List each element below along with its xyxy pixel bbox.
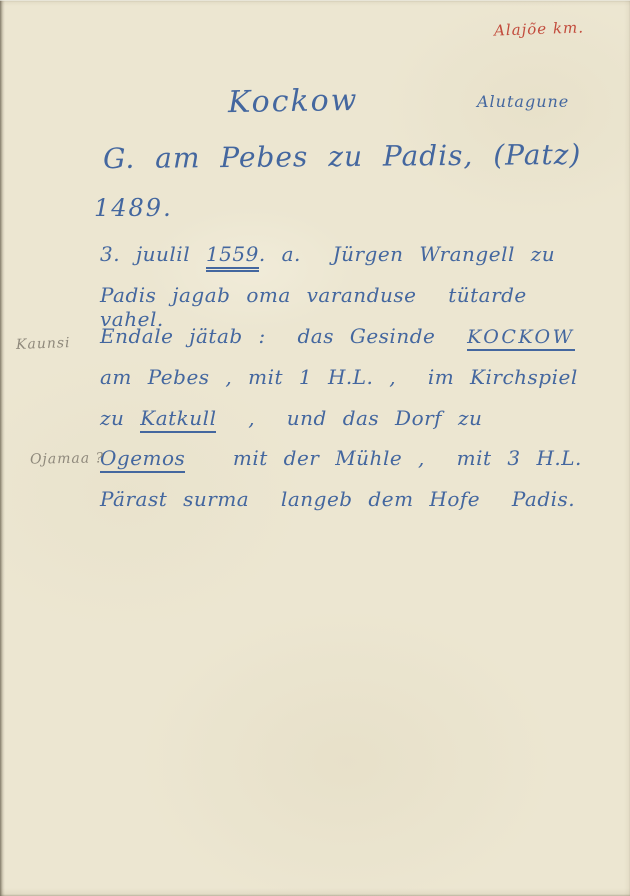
line3-kockow-underlined: KOCKOW: [467, 326, 575, 351]
line6-suffix: mit der Mühle , mit 3 H.L.: [185, 446, 582, 470]
paragraph-line-1: 3. juulil 1559. a. Jürgen Wrangell zu: [100, 242, 590, 266]
paragraph-line-6: Ogemos mit der Mühle , mit 3 H.L.: [100, 446, 590, 470]
margin-pencil-note-ojamaa: Ojamaa ?: [30, 450, 104, 467]
subtitle-line: G. am Pebes zu Padis, (Patz): [103, 138, 582, 175]
red-corner-annotation: Alajõe km.: [494, 18, 585, 39]
line3-prefix: Endale jätab : das Gesinde: [100, 324, 467, 348]
line5-suffix: , und das Dorf zu: [216, 406, 482, 430]
line6-ogemos-underlined: Ogemos: [100, 446, 185, 473]
paragraph-line-4: am Pebes , mit 1 H.L. , im Kirchspiel: [100, 365, 590, 389]
line1-prefix: 3. juulil: [100, 242, 206, 266]
line5-prefix: zu: [100, 406, 140, 430]
region-label: Alutagune: [477, 92, 569, 111]
paragraph-line-3: Endale jätab : das Gesinde KOCKOW: [100, 324, 590, 349]
margin-pencil-note-kaunsi: Kaunsi: [16, 335, 71, 353]
year-label: 1489.: [94, 194, 173, 222]
line1-suffix: . a. Jürgen Wrangell zu: [259, 242, 555, 266]
paragraph-line-5: zu Katkull , und das Dorf zu: [100, 406, 590, 430]
card-title: Kockow: [228, 83, 359, 120]
line1-year-underlined: 1559: [206, 242, 259, 272]
scanned-archive-card: Alajõe km. Kockow Alutagune G. am Pebes …: [0, 0, 630, 896]
line5-katkull-underlined: Katkull: [140, 406, 216, 433]
paragraph-line-7: Pärast surma langeb dem Hofe Padis.: [100, 487, 590, 511]
